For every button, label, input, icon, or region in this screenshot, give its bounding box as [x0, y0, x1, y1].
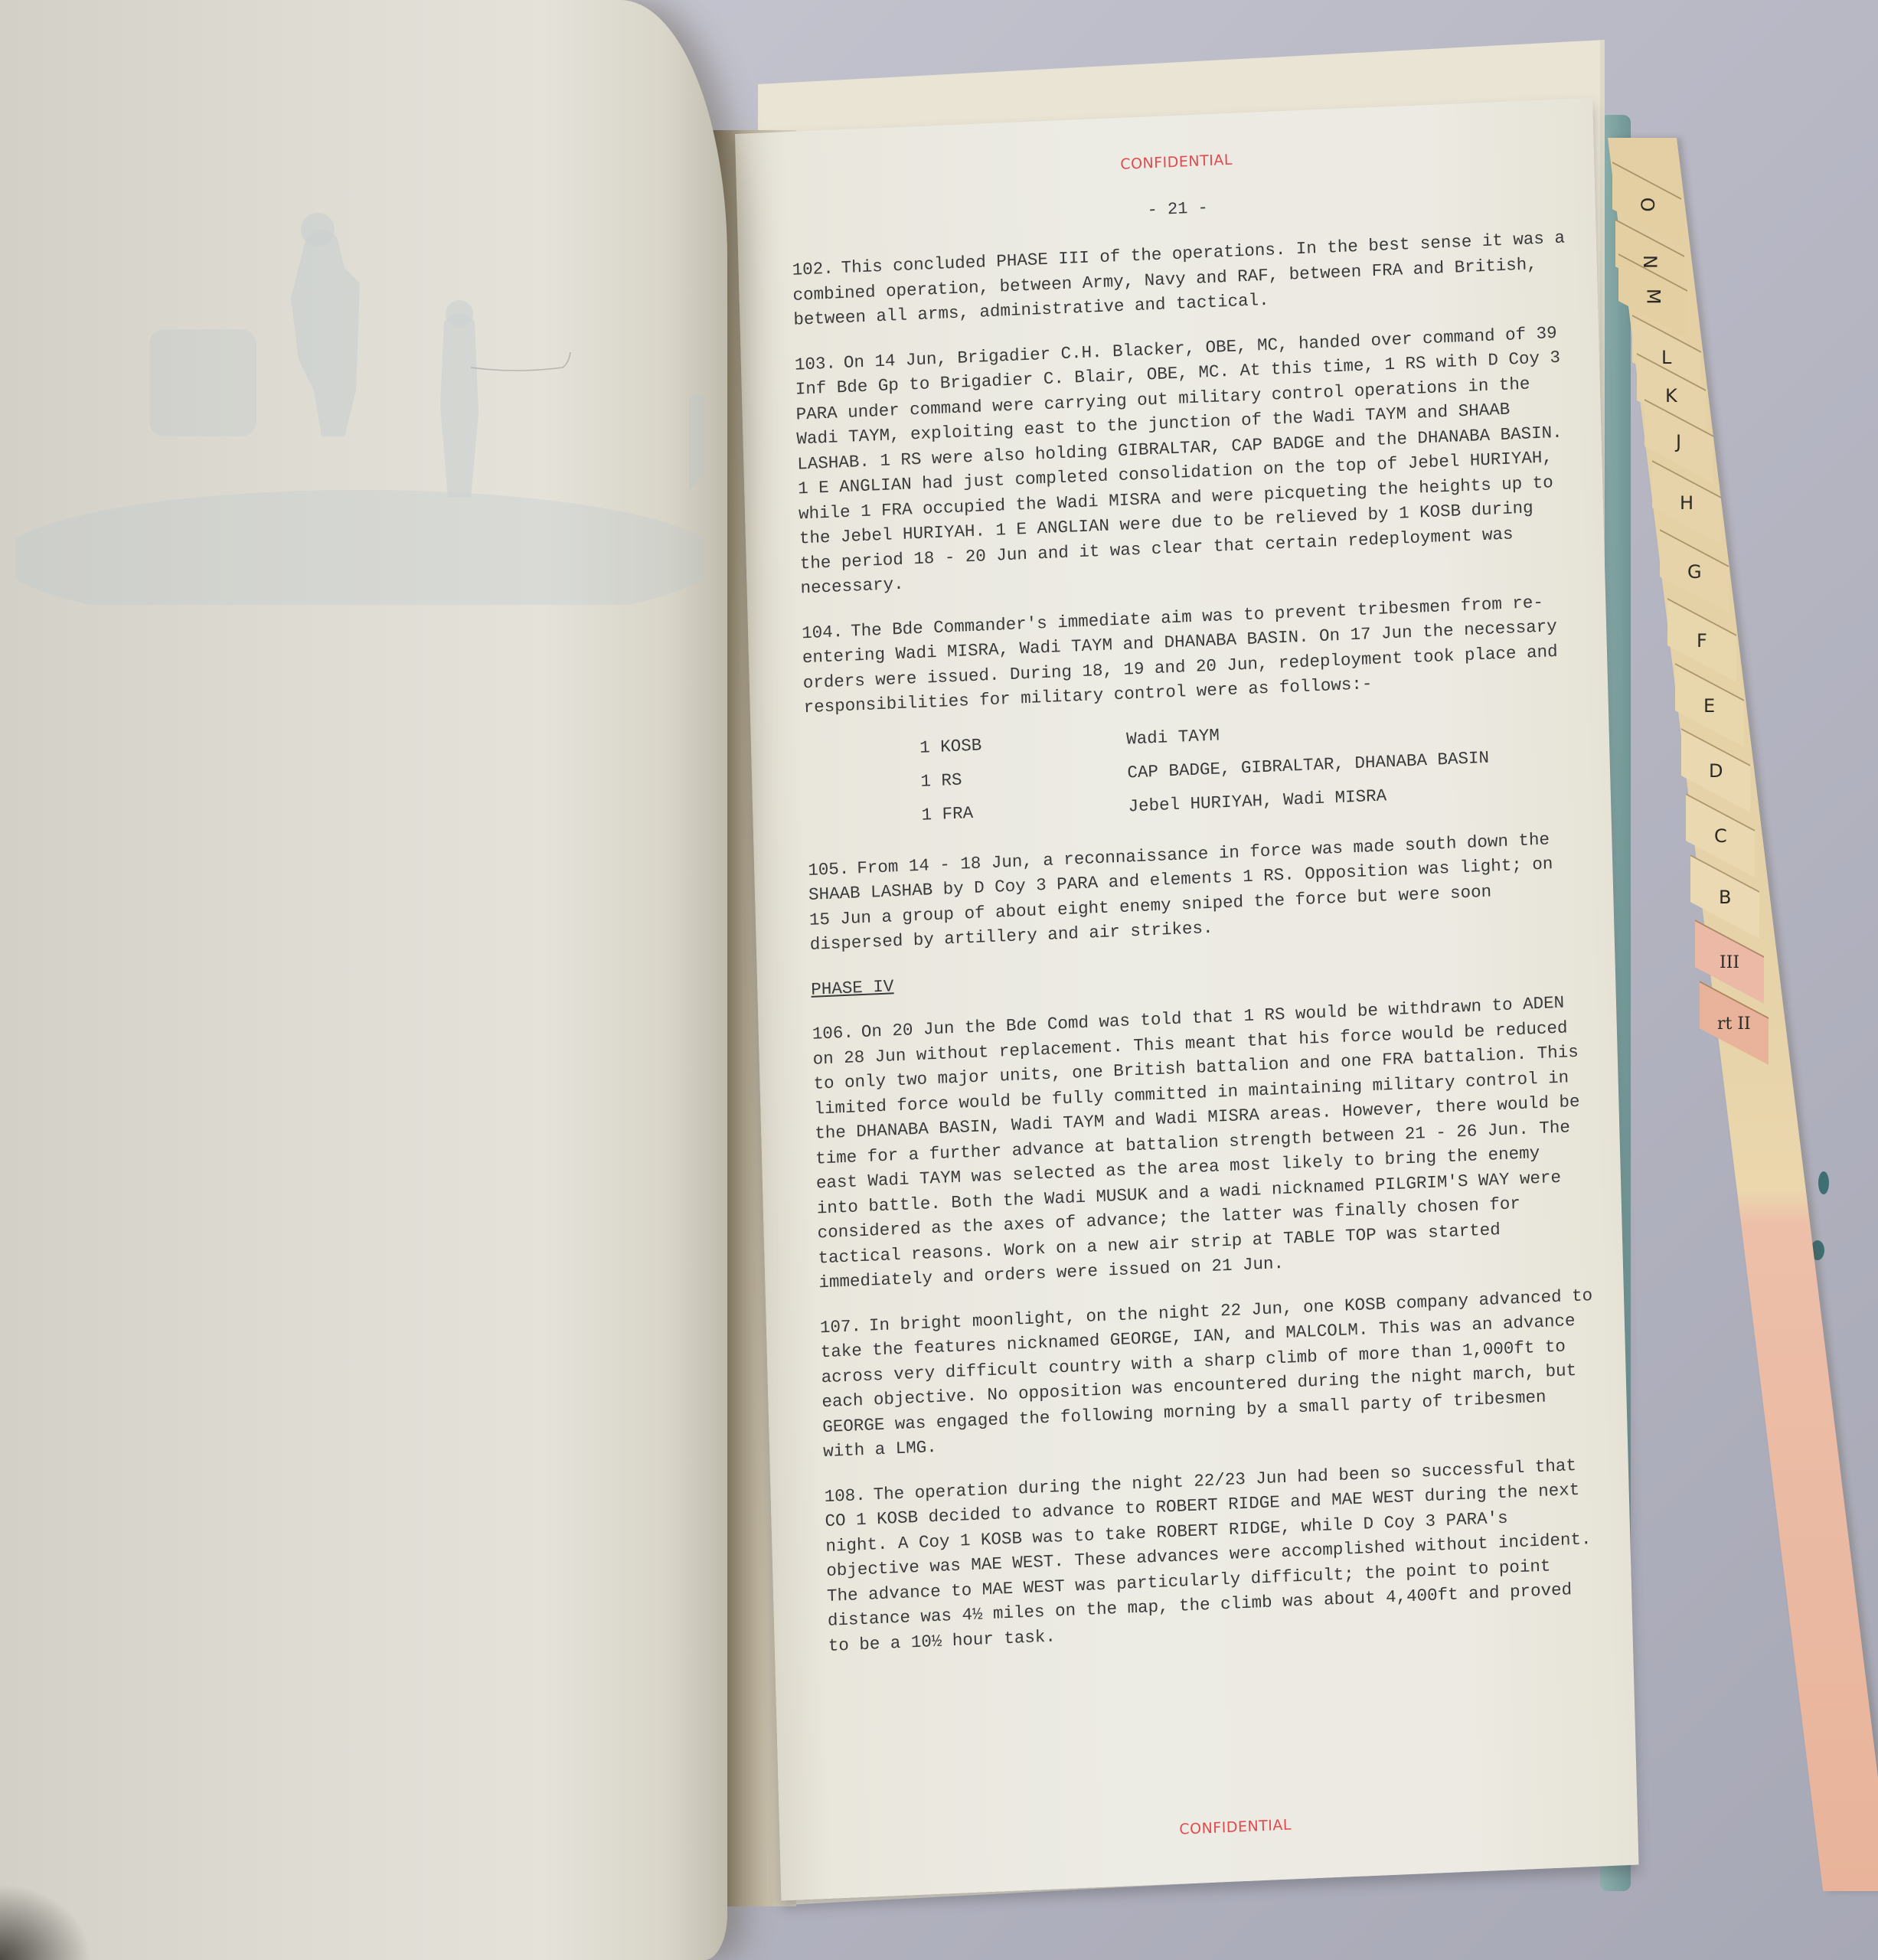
tab-label: O — [1636, 198, 1658, 212]
paragraph-104: 104.The Bde Commander's immediate aim wa… — [802, 589, 1577, 720]
section-heading-phase-iv: PHASE IV — [811, 945, 1585, 1002]
tab-label: J — [1676, 431, 1681, 452]
page-number: - 21 - — [791, 184, 1565, 235]
paragraph-number: 107. — [820, 1316, 862, 1338]
paragraph-107: 107.In bright moonlight, on the night 22… — [820, 1283, 1597, 1465]
paragraph-103: 103.On 14 Jun, Brigadier C.H. Blacker, O… — [795, 320, 1575, 601]
photo-show-through — [15, 176, 704, 605]
tab-label: H — [1680, 492, 1693, 514]
caption-show-through — [176, 781, 574, 798]
paragraph-number: 106. — [812, 1023, 854, 1044]
tab-label: K — [1665, 385, 1677, 407]
paragraph-number: 103. — [795, 353, 837, 374]
tab-label: M — [1642, 289, 1664, 305]
tab-label: III — [1720, 952, 1739, 972]
paragraph-text: This concluded PHASE III of the operatio… — [792, 228, 1565, 330]
paragraph-number: 102. — [792, 259, 834, 280]
document-page: CONFIDENTIAL - 21 - 102.This concluded P… — [735, 98, 1638, 1900]
document-body: 102.This concluded PHASE III of the oper… — [792, 226, 1602, 1678]
tab-label: G — [1687, 561, 1702, 583]
paragraph-text: From 14 - 18 Jun, a reconnaissance in fo… — [808, 829, 1553, 955]
tab-label: rt II — [1717, 1014, 1751, 1033]
paragraph-number: 104. — [802, 622, 844, 643]
classification-marking-bottom: CONFIDENTIAL — [864, 1803, 1607, 1851]
paragraph-106: 106.On 20 Jun the Bde Comd was told that… — [812, 989, 1592, 1295]
tab-label: E — [1703, 695, 1715, 717]
paragraph-102: 102.This concluded PHASE III of the oper… — [792, 226, 1567, 333]
hand-shadow — [0, 1883, 92, 1960]
left-page — [0, 0, 727, 1960]
paragraph-number: 108. — [824, 1485, 866, 1506]
paragraph-105: 105.From 14 - 18 Jun, a reconnaissance i… — [808, 825, 1583, 957]
military-control-table: 1 KOSB Wadi TAYM 1 RS CAP BADGE, GIBRALT… — [919, 707, 1491, 831]
paragraph-text: In bright moonlight, on the night 22 Jun… — [820, 1285, 1592, 1462]
paragraph-108: 108.The operation during the night 22/23… — [824, 1452, 1602, 1658]
binder-tuft — [1818, 1171, 1829, 1194]
paragraph-text: The Bde Commander's immediate aim was to… — [802, 592, 1558, 717]
tab-label: B — [1719, 887, 1731, 908]
paragraph-text: On 20 Jun the Bde Comd was told that 1 R… — [812, 993, 1579, 1293]
paragraph-text: On 14 Jun, Brigadier C.H. Blacker, OBE, … — [795, 323, 1562, 599]
paragraph-text: The operation during the night 22/23 Jun… — [825, 1455, 1592, 1655]
tab-label: C — [1714, 825, 1727, 847]
tab-label: L — [1661, 347, 1671, 368]
tab-label: D — [1709, 760, 1723, 782]
tab-label: F — [1697, 630, 1707, 652]
classification-marking-top: CONFIDENTIAL — [789, 138, 1563, 187]
paragraph-number: 105. — [808, 858, 850, 880]
